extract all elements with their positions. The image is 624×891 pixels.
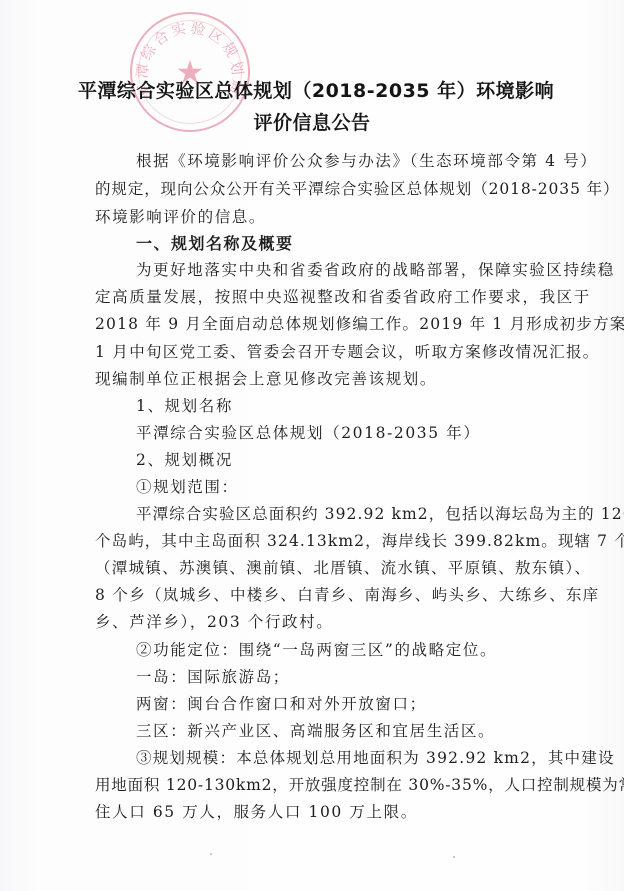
document-title-line1: 平潭综合实验区总体规划（2018-2035 年）环境影响	[4, 76, 624, 103]
plan-name-value: 平潭综合实验区总体规划（2018-2035 年）	[136, 423, 586, 443]
background-line: 2018 年 9 月全面启动总体规划修编工作。2019 年 1 月形成初步方案，	[95, 314, 545, 334]
scan-speck	[210, 853, 212, 855]
intro-line: 的规定，现向公众公开有关平潭综合实验区总体规划（2018-2035 年）	[95, 179, 545, 199]
scope-line: 乡、芦洋乡），203 个行政村。	[95, 612, 545, 632]
scan-speck	[453, 856, 455, 858]
function-item: 一岛：国际旅游岛；	[136, 667, 586, 687]
function-item: 三区：新兴产业区、高端服务区和宜居生活区。	[136, 721, 586, 741]
subheading-plan-overview: 2、规划概况	[136, 450, 586, 470]
scope-line: 平潭综合实验区总面积约 392.92 km2，包括以海坛岛为主的 126	[136, 504, 586, 524]
document-page: 平潭综合实验区规划局 ★ 平潭综合实验区总体规划（2018-2035 年）环境影…	[0, 0, 624, 891]
intro-line: 环境影响评价的信息。	[95, 207, 545, 227]
scope-label: ①规划范围：	[136, 477, 586, 497]
background-line: 定高质量发展，按照中央巡视整改和省委省政府工作要求，我区于	[95, 287, 545, 307]
background-line: 现编制单位正根据会上意见修改完善该规划。	[95, 369, 545, 389]
background-line: 为更好地落实中央和省委省政府的战略部署，保障实验区持续稳	[136, 260, 586, 280]
intro-line: 根据《环境影响评价公众参与办法》（生态环境部令第 4 号）	[136, 151, 586, 171]
scope-line: （潭城镇、苏澳镇、澳前镇、北厝镇、流水镇、平原镇、敖东镇）、	[95, 558, 545, 578]
scope-line: 个岛屿，其中主岛面积 324.13km2，海岸线长 399.82km。现辖 7 …	[95, 531, 545, 551]
section-heading-1: 一、规划名称及概要	[136, 234, 586, 254]
scale-line: 住人口 65 万人，服务人口 100 万上限。	[95, 802, 545, 822]
function-item: 两窗：闽台合作窗口和对外开放窗口；	[136, 694, 586, 714]
scope-line: 8 个乡（岚城乡、中楼乡、白青乡、南海乡、屿头乡、大练乡、东庠	[95, 585, 545, 605]
document-title-line2: 评价信息公告	[0, 108, 624, 135]
background-line: 1 月中旬区党工委、管委会召开专题会议，听取方案修改情况汇报。	[95, 342, 545, 362]
subheading-plan-name: 1、规划名称	[136, 396, 586, 416]
scale-line: 用地面积 120-130km2，开放强度控制在 30%-35%，人口控制规模为常	[95, 775, 545, 795]
function-positioning: ②功能定位：围绕“一岛两窗三区”的战略定位。	[136, 640, 586, 660]
scale-line: ③规划规模：本总体规划总用地面积为 392.92 km2，其中建设	[136, 748, 586, 768]
